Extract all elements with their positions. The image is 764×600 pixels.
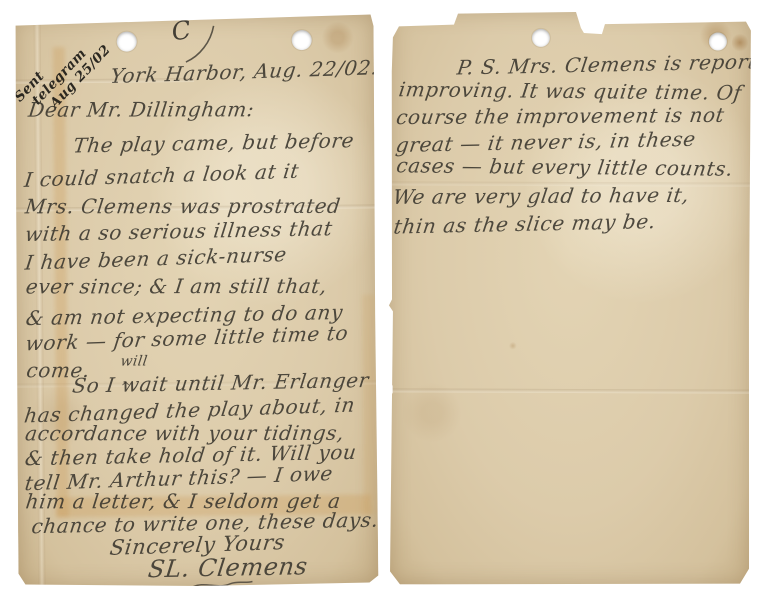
letter-page-1: Sent telegram Aug 25/02 C York Harbor, A… [14,14,379,587]
inserted-word: will [119,353,148,369]
punch-hole [709,32,727,50]
letter-page-2: P. S. Mrs. Clemens is reported improving… [388,11,752,585]
insertion-caret: ^ [121,380,131,394]
ps-line: improving. It was quite time. Of [397,77,743,105]
stain-mark [362,294,377,514]
letter-photo: Sent telegram Aug 25/02 C York Harbor, A… [0,0,764,600]
signature: SL. Clemens [147,552,310,583]
ps-line: We are very glad to have it, [392,183,691,209]
letter-line: Mrs. Clemens was prostrated [24,194,342,219]
edge-tear [387,385,393,393]
foxing-spot [509,342,517,350]
salutation: Dear Mr. Dillingham: [27,97,256,121]
ps-line: cases — but every little counts. [395,153,735,181]
ps-line: course the improvement is not [395,103,726,129]
letter-line: ever since; & I am still that, [25,274,329,299]
punch-hole [532,29,550,47]
signature-flourish [186,579,256,592]
punch-hole [292,30,312,50]
